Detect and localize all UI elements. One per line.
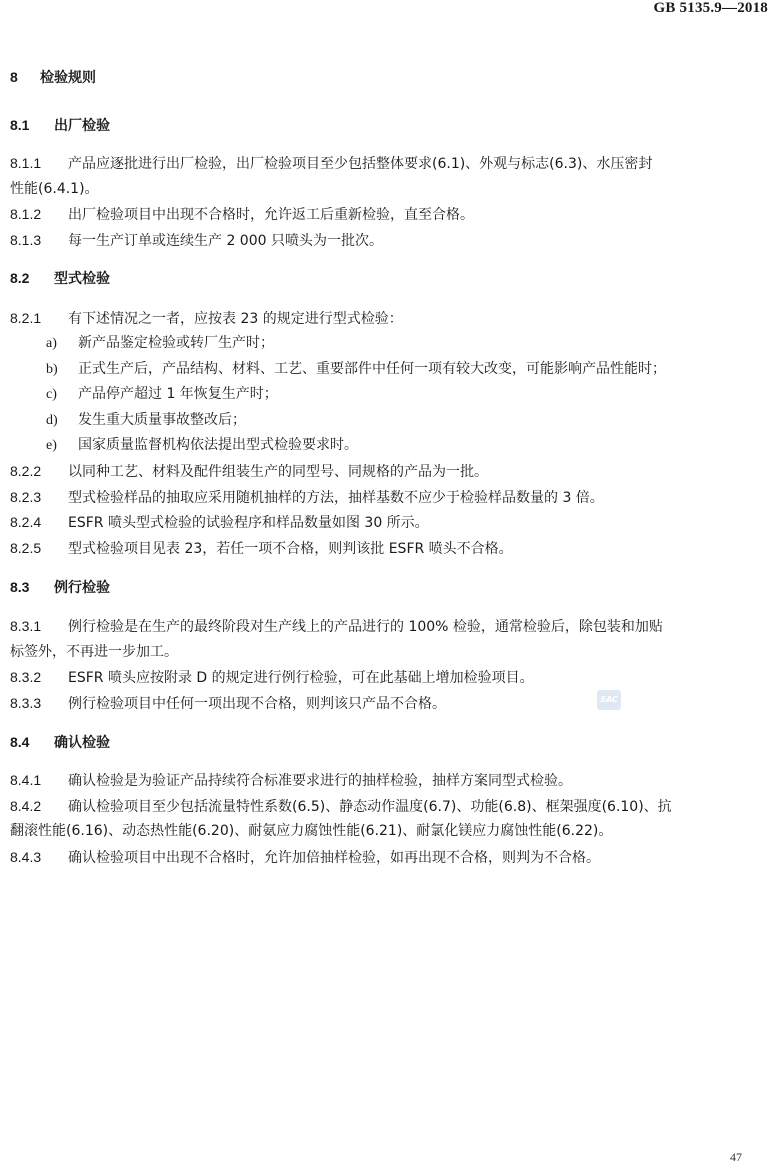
clause-8-4-3: 8.4.3确认检验项目中出现不合格时，允许加倍抽样检验，如再出现不合格，则判为不…	[10, 848, 600, 867]
clause-text: 出厂检验项目中出现不合格时，允许返工后重新检验，直至合格。	[68, 207, 474, 223]
clause-8-3-1: 8.3.1例行检验是在生产的最终阶段对生产线上的产品进行的 100% 检验，通常…	[10, 617, 663, 636]
clause-8-4-2: 8.4.2确认检验项目至少包括流量特性系数(6.5)、静态动作温度(6.7)、功…	[10, 797, 672, 816]
clause-text: 型式检验项目见表 23，若任一项不合格，则判该批 ESFR 喷头不合格。	[68, 541, 513, 557]
clause-text: 以同种工艺、材料及配件组装生产的同型号、同规格的产品为一批。	[68, 464, 488, 480]
list-text: 新产品鉴定检验或转厂生产时；	[78, 335, 274, 351]
clause-8-2-2: 8.2.2以同种工艺、材料及配件组装生产的同型号、同规格的产品为一批。	[10, 462, 488, 481]
clause-text: ESFR 喷头型式检验的试验程序和样品数量如图 30 所示。	[68, 515, 429, 531]
clause-text: 性能(6.4.1)。	[10, 181, 99, 197]
clause-8-4-2-cont: 翻滚性能(6.16)、动态热性能(6.20)、耐氨应力腐蚀性能(6.21)、耐氯…	[10, 822, 612, 840]
list-text: 产品停产超过 1 年恢复生产时；	[78, 386, 278, 402]
clause-text: 每一生产订单或连续生产 2 000 只喷头为一批次。	[68, 233, 383, 249]
clause-8-4-1: 8.4.1确认检验是为验证产品持续符合标准要求进行的抽样检验，抽样方案同型式检验…	[10, 771, 572, 790]
clause-number: 8.2.3	[10, 488, 68, 506]
clause-8-1-3: 8.1.3每一生产订单或连续生产 2 000 只喷头为一批次。	[10, 231, 383, 250]
list-label: b)	[46, 361, 78, 379]
standard-code: GB 5135.9—2018	[654, 0, 768, 17]
clause-number: 8.2.5	[10, 539, 68, 557]
heading-number: 8.2	[10, 269, 54, 287]
heading-8: 8检验规则	[10, 68, 96, 87]
list-item: c)产品停产超过 1 年恢复生产时；	[46, 385, 278, 404]
list-item: d)发生重大质量事故整改后；	[46, 411, 246, 430]
clause-8-1-1: 8.1.1产品应逐批进行出厂检验，出厂检验项目至少包括整体要求(6.1)、外观与…	[10, 154, 652, 173]
clause-text: 例行检验是在生产的最终阶段对生产线上的产品进行的 100% 检验，通常检验后，除…	[68, 619, 663, 635]
heading-number: 8	[10, 68, 40, 86]
clause-8-3-2: 8.3.2ESFR 喷头应按附录 D 的规定进行例行检验，可在此基础上增加检验项…	[10, 668, 534, 687]
clause-text: 标签外，不再进一步加工。	[10, 644, 178, 660]
clause-text: 确认检验项目中出现不合格时，允许加倍抽样检验，如再出现不合格，则判为不合格。	[68, 850, 600, 866]
heading-title: 检验规则	[40, 70, 96, 86]
clause-number: 8.2.2	[10, 462, 68, 480]
clause-8-3-3: 8.3.3例行检验项目中任何一项出现不合格，则判该只产品不合格。	[10, 694, 446, 713]
clause-number: 8.2.4	[10, 513, 68, 531]
list-label: e)	[46, 437, 78, 455]
list-text: 发生重大质量事故整改后；	[78, 412, 246, 428]
clause-8-3-1-cont: 标签外，不再进一步加工。	[10, 643, 178, 661]
list-label: d)	[46, 412, 78, 430]
clause-8-1-2: 8.1.2出厂检验项目中出现不合格时，允许返工后重新检验，直至合格。	[10, 205, 474, 224]
clause-number: 8.3.1	[10, 617, 68, 635]
list-label: a)	[46, 335, 78, 353]
heading-title: 确认检验	[54, 735, 110, 751]
clause-text: 翻滚性能(6.16)、动态热性能(6.20)、耐氨应力腐蚀性能(6.21)、耐氯…	[10, 823, 612, 839]
heading-number: 8.4	[10, 733, 54, 751]
heading-8-4: 8.4确认检验	[10, 733, 110, 752]
clause-text: 确认检验是为验证产品持续符合标准要求进行的抽样检验，抽样方案同型式检验。	[68, 773, 572, 789]
heading-title: 型式检验	[54, 271, 110, 287]
clause-8-2-1: 8.2.1有下述情况之一者，应按表 23 的规定进行型式检验：	[10, 309, 403, 328]
clause-number: 8.3.2	[10, 668, 68, 686]
list-text: 正式生产后，产品结构、材料、工艺、重要部件中任何一项有较大改变，可能影响产品性能…	[78, 361, 666, 377]
heading-8-3: 8.3例行检验	[10, 578, 110, 597]
clause-8-2-5: 8.2.5型式检验项目见表 23，若任一项不合格，则判该批 ESFR 喷头不合格…	[10, 539, 513, 558]
heading-8-2: 8.2型式检验	[10, 269, 110, 288]
list-label: c)	[46, 386, 78, 404]
page-number: 47	[730, 1150, 742, 1165]
clause-number: 8.4.3	[10, 848, 68, 866]
heading-8-1: 8.1出厂检验	[10, 116, 110, 135]
clause-text: 产品应逐批进行出厂检验，出厂检验项目至少包括整体要求(6.1)、外观与标志(6.…	[68, 156, 652, 172]
sac-watermark-logo: SAC	[597, 690, 621, 710]
heading-title: 出厂检验	[54, 118, 110, 134]
clause-number: 8.4.2	[10, 797, 68, 815]
heading-number: 8.1	[10, 116, 54, 134]
clause-8-1-1-cont: 性能(6.4.1)。	[10, 180, 99, 198]
clause-number: 8.1.3	[10, 231, 68, 249]
clause-text: 有下述情况之一者，应按表 23 的规定进行型式检验：	[68, 311, 403, 327]
clause-text: ESFR 喷头应按附录 D 的规定进行例行检验，可在此基础上增加检验项目。	[68, 670, 534, 686]
clause-8-2-3: 8.2.3型式检验样品的抽取应采用随机抽样的方法，抽样基数不应少于检验样品数量的…	[10, 488, 604, 507]
clause-number: 8.4.1	[10, 771, 68, 789]
clause-8-2-4: 8.2.4ESFR 喷头型式检验的试验程序和样品数量如图 30 所示。	[10, 513, 429, 532]
clause-text: 确认检验项目至少包括流量特性系数(6.5)、静态动作温度(6.7)、功能(6.8…	[68, 799, 672, 815]
list-item: e)国家质量监督机构依法提出型式检验要求时。	[46, 436, 358, 455]
clause-text: 型式检验样品的抽取应采用随机抽样的方法，抽样基数不应少于检验样品数量的 3 倍。	[68, 490, 604, 506]
clause-number: 8.1.2	[10, 205, 68, 223]
clause-number: 8.2.1	[10, 309, 68, 327]
heading-number: 8.3	[10, 578, 54, 596]
clause-text: 例行检验项目中任何一项出现不合格，则判该只产品不合格。	[68, 696, 446, 712]
clause-number: 8.3.3	[10, 694, 68, 712]
list-text: 国家质量监督机构依法提出型式检验要求时。	[78, 437, 358, 453]
heading-title: 例行检验	[54, 580, 110, 596]
list-item: b)正式生产后，产品结构、材料、工艺、重要部件中任何一项有较大改变，可能影响产品…	[46, 360, 666, 379]
clause-number: 8.1.1	[10, 154, 68, 172]
list-item: a)新产品鉴定检验或转厂生产时；	[46, 334, 274, 353]
